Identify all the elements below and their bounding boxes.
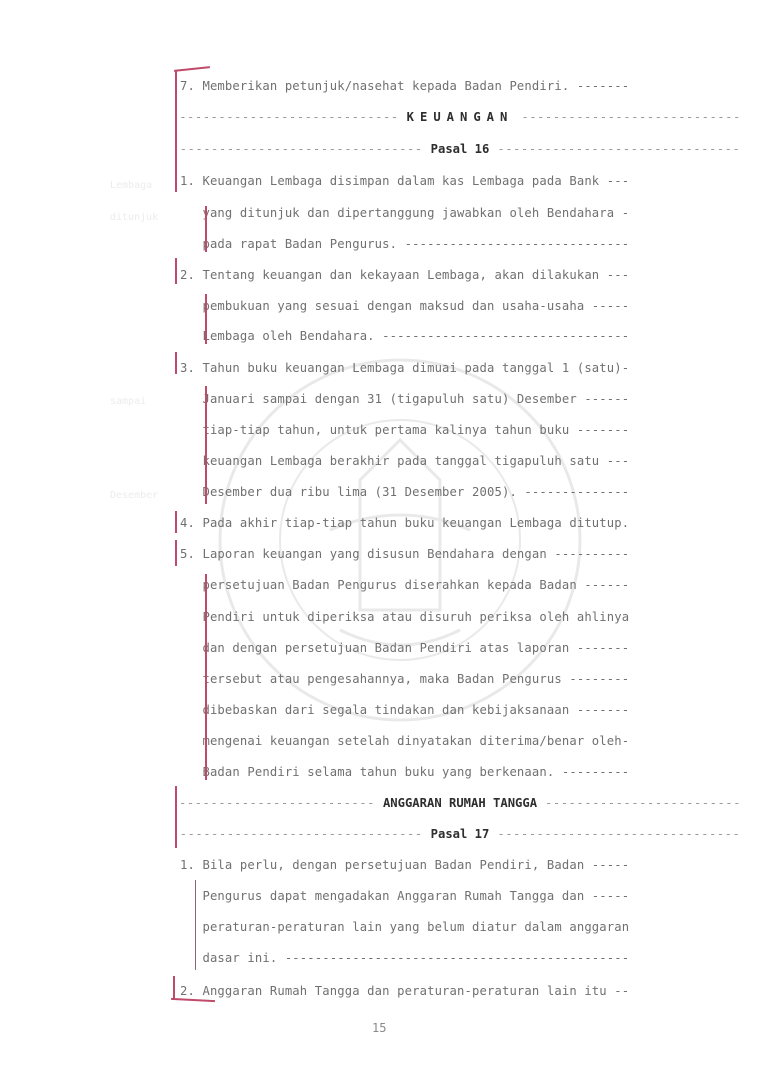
body-line: pembukuan yang sesuai dengan maksud dan …	[180, 298, 629, 314]
body-line: Pengurus dapat mengadakan Anggaran Rumah…	[180, 888, 629, 904]
body-line: 5. Laporan keuangan yang disusun Bendaha…	[180, 546, 629, 562]
annotation-bracket	[205, 206, 207, 252]
annotation-bracket	[205, 294, 207, 344]
body-line: Desember dua ribu lima (31 Desember 2005…	[180, 484, 629, 500]
body-line: dibebaskan dari segala tindakan dan kebi…	[180, 702, 629, 718]
body-line: pada rapat Badan Pengurus. -------------…	[180, 236, 629, 252]
body-line: 2. Anggaran Rumah Tangga dan peraturan-p…	[180, 983, 629, 999]
dash-filler: ----------------------------------------…	[180, 141, 423, 157]
body-line: dasar ini. -----------------------------…	[180, 950, 629, 966]
body-line: Pendiri untuk diperiksa atau disuruh per…	[180, 609, 629, 625]
annotation-bracket	[195, 880, 196, 970]
dash-filler: ----------------------------------------…	[521, 109, 740, 125]
page-number: 15	[372, 1021, 386, 1035]
annotation-bracket	[175, 540, 177, 566]
section-title: ANGGARAN RUMAH TANGGA	[375, 795, 545, 811]
annotation-bracket	[175, 168, 177, 192]
body-line: 2. Tentang keuangan dan kekayaan Lembaga…	[180, 267, 629, 283]
article-heading-pasal-17: ----------------------------------------…	[180, 826, 740, 842]
body-line: Januari sampai dengan 31 (tigapuluh satu…	[180, 391, 629, 407]
bleed-through-text: Desember	[110, 490, 158, 501]
body-line: tersebut atau pengesahannya, maka Badan …	[180, 671, 629, 687]
annotation-bracket	[175, 258, 177, 284]
body-line: yang ditunjuk dan dipertanggung jawabkan…	[180, 205, 629, 221]
annotation-bracket	[175, 352, 177, 374]
document-page: Lembaga ditunjuk sampai Desember 7. Memb…	[0, 0, 768, 1086]
annotation-bracket	[173, 976, 175, 1000]
annotation-bracket	[205, 574, 207, 780]
annotation-bracket	[175, 511, 177, 533]
body-line: mengenai keuangan setelah dinyatakan dit…	[180, 733, 629, 749]
dash-filler: ----------------------------------------…	[180, 826, 423, 842]
body-line: tiap-tiap tahun, untuk pertama kalinya t…	[180, 422, 629, 438]
body-line: persetujuan Badan Pengurus diserahkan ke…	[180, 577, 629, 593]
body-line: Badan Pendiri selama tahun buku yang ber…	[180, 764, 629, 780]
body-line: dan dengan persetujuan Badan Pendiri ata…	[180, 640, 629, 656]
annotation-stroke	[174, 66, 210, 72]
body-line: keuangan Lembaga berakhir pada tanggal t…	[180, 453, 629, 469]
body-line: peraturan-peraturan lain yang belum diat…	[180, 919, 629, 935]
bleed-through-text: Lembaga	[110, 180, 152, 191]
section-heading-keuangan: ----------------------------------------…	[180, 109, 740, 125]
bleed-through-text: ditunjuk	[110, 212, 158, 223]
body-line: 1. Keuangan Lembaga disimpan dalam kas L…	[180, 173, 629, 189]
body-line: 3. Tahun buku keuangan Lembaga dimuai pa…	[180, 360, 629, 376]
dash-filler: ----------------------------------------…	[497, 826, 740, 842]
section-heading-anggaran-rumah-tangga: ----------------------------------------…	[180, 795, 740, 811]
bleed-through-text: sampai	[110, 396, 146, 407]
annotation-bracket	[175, 786, 177, 848]
dash-filler: ----------------------------------------…	[180, 795, 375, 811]
body-line: 4. Pada akhir tiap-tiap tahun buku keuan…	[180, 515, 629, 531]
dash-filler: ----------------------------------------…	[180, 109, 399, 125]
body-line: 1. Bila perlu, dengan persetujuan Badan …	[180, 857, 629, 873]
section-title: KEUANGAN	[399, 109, 522, 125]
dash-filler: ----------------------------------------…	[497, 141, 740, 157]
article-heading-pasal-16: ----------------------------------------…	[180, 141, 740, 157]
annotation-bracket	[205, 386, 207, 504]
annotation-bracket	[175, 70, 177, 178]
article-title: Pasal 17	[423, 826, 498, 842]
article-title: Pasal 16	[423, 141, 498, 157]
body-line: Lembaga oleh Bendahara. ----------------…	[180, 328, 629, 344]
dash-filler: ----------------------------------------…	[545, 795, 740, 811]
item-7-text: 7. Memberikan petunjuk/nasehat kepada Ba…	[180, 78, 629, 94]
